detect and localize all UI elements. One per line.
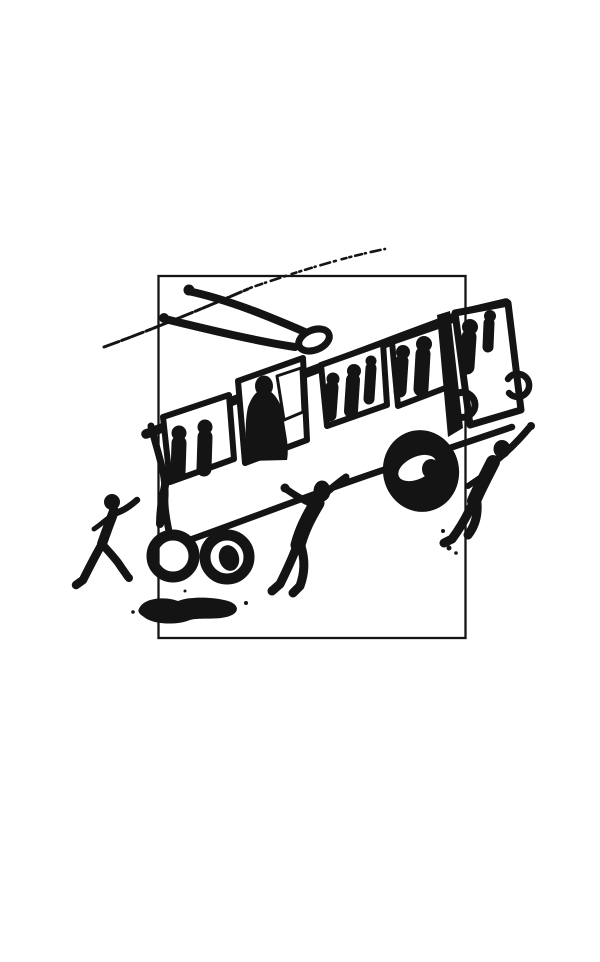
runner-foot: [125, 574, 133, 582]
leaper-speck: [454, 551, 458, 555]
smudge-speck: [244, 601, 248, 605]
hanger-leg-left: [272, 543, 298, 591]
trolleybus-illustration: [0, 0, 600, 962]
smudge-blob: [138, 598, 237, 624]
passenger-body: [421, 354, 423, 389]
passenger-body: [369, 368, 371, 399]
passenger-body: [178, 443, 179, 474]
running-figure-left: [76, 494, 137, 585]
runner-leg-back: [76, 544, 102, 585]
overhead-wire: [104, 249, 385, 347]
passenger-body: [467, 337, 469, 367]
smudge-speck: [131, 610, 135, 614]
passenger-body: [330, 387, 332, 415]
leaper-speck: [441, 529, 445, 533]
trolley-pole: [159, 285, 333, 356]
hanger-torso: [298, 503, 317, 545]
road-smudge: [131, 590, 248, 624]
passenger-body: [204, 437, 205, 469]
illustration-canvas: [0, 0, 600, 962]
overhead-wire-dashes: [250, 249, 385, 288]
passenger-head: [255, 376, 273, 397]
passenger-body: [488, 323, 489, 347]
hanger-hand: [281, 484, 290, 493]
runner-leg-front: [102, 544, 128, 577]
passenger-body: [400, 361, 402, 391]
passenger-body: [351, 380, 353, 411]
smudge-speck: [184, 590, 187, 593]
leaper-speck: [447, 546, 452, 551]
rear-wheel-hub: [422, 459, 440, 479]
leaper-hand: [527, 422, 535, 430]
